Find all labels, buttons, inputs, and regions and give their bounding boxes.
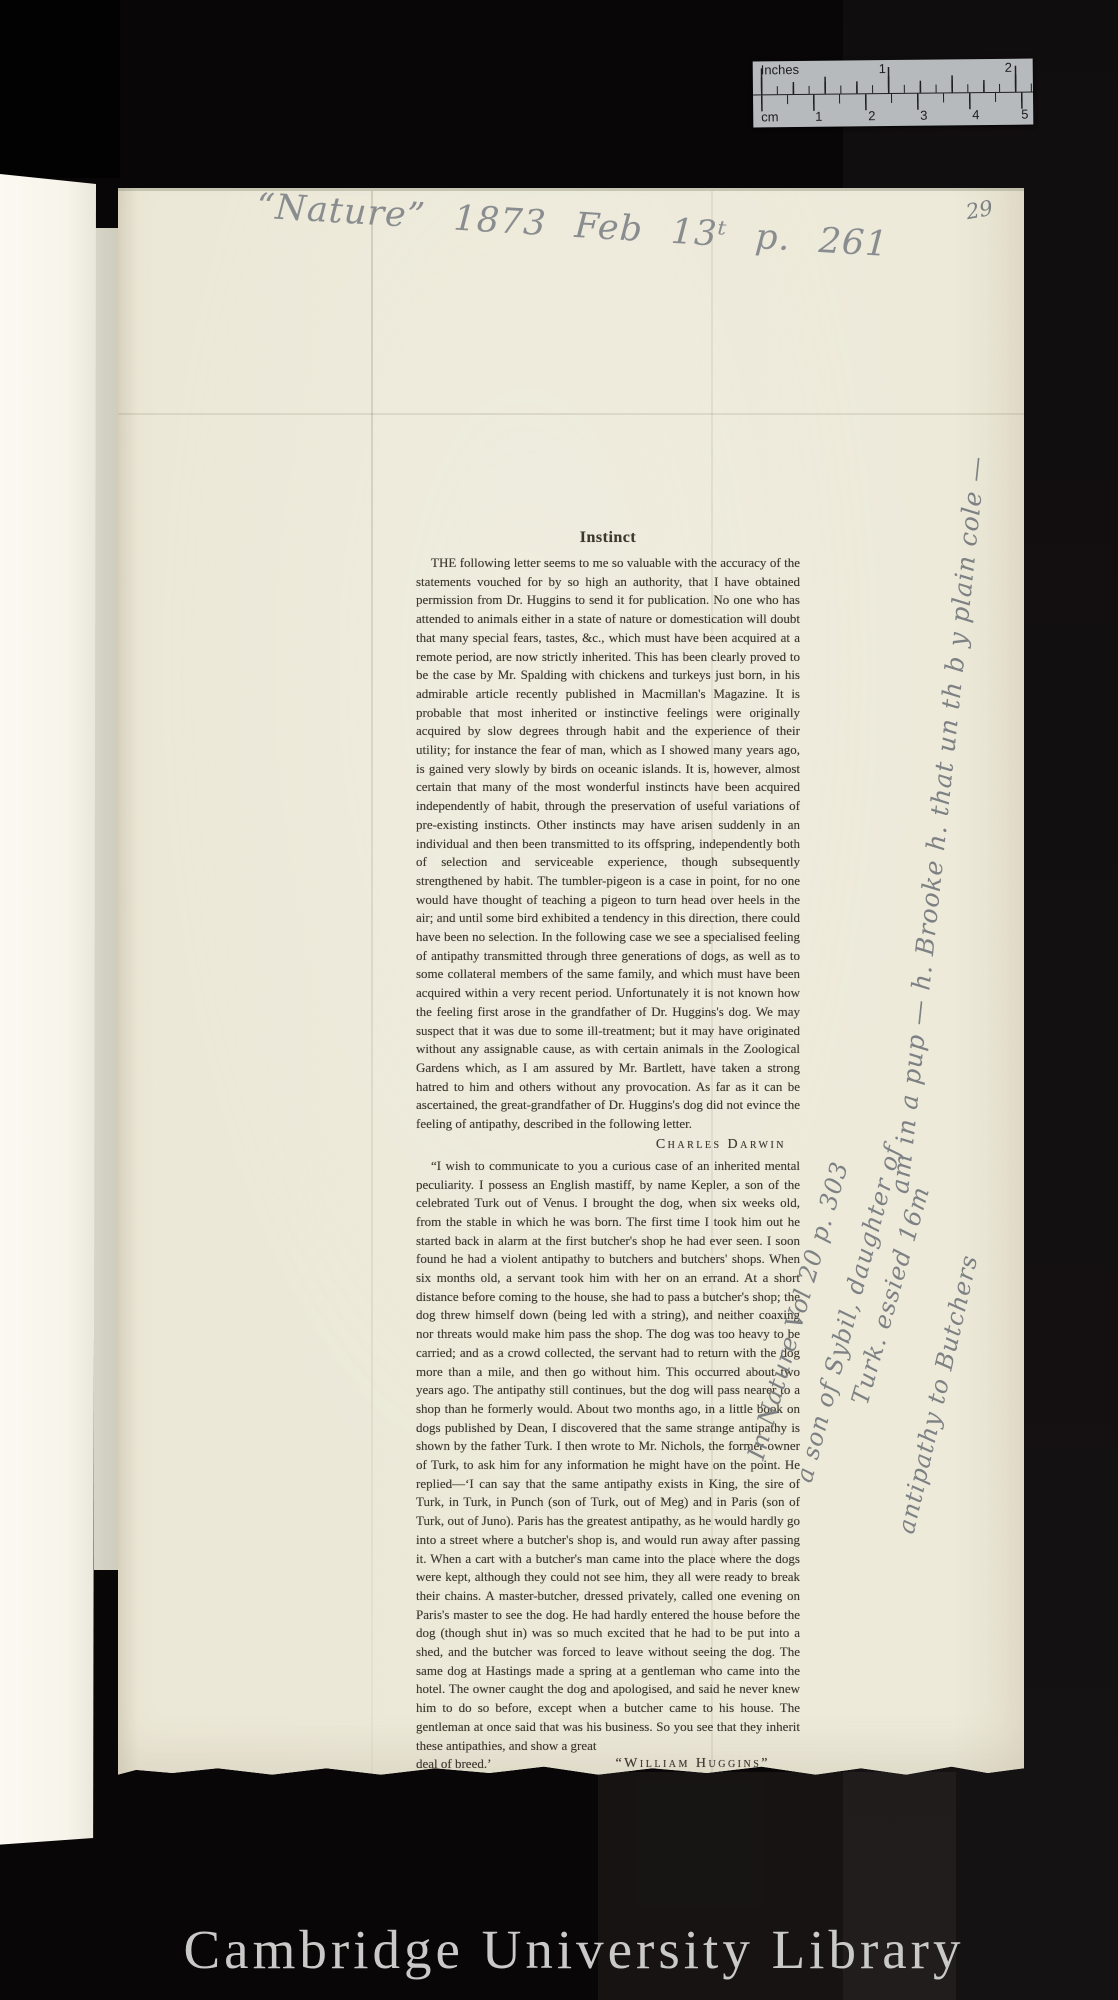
folio-number: 29: [964, 196, 994, 224]
ruler-cm-label: cm: [761, 109, 778, 124]
ruler-cm-mark-1: 1: [815, 109, 822, 124]
ruler-inch-mark-1: 1: [879, 61, 886, 76]
ruler-cm-mark-3: 3: [920, 108, 927, 123]
article-letter-paragraph: “I wish to communicate to you a curious …: [416, 1157, 800, 1756]
document-page: Instinct THE following letter seems to m…: [118, 188, 1024, 1781]
article-intro-paragraph: THE following letter seems to me so valu…: [416, 554, 800, 1134]
ruler-cm-mark-2: 2: [868, 108, 875, 123]
library-watermark: Cambridge University Library: [0, 1918, 1118, 1981]
library-scan-background: Inches 1 2 cm 1 2 3 4 5 Instinct THE fol…: [0, 0, 1118, 2000]
page-crease-vertical-1: [371, 191, 373, 1781]
signature-charles-darwin: Charles Darwin: [416, 1137, 800, 1153]
ruler-cm-scale: cm 1 2 3 4 5: [753, 92, 1033, 127]
ruler-cm-mark-4: 4: [972, 107, 979, 122]
printed-article: Instinct THE following letter seems to m…: [416, 529, 800, 1803]
letter-last-words: deal of breed.’: [416, 1755, 491, 1774]
ruler-inches-scale: Inches 1 2: [753, 59, 1033, 95]
measurement-ruler: Inches 1 2 cm 1 2 3 4 5: [753, 59, 1034, 128]
cloth-backdrop-topleft: [0, 0, 120, 178]
page-crease-horizontal: [118, 413, 1024, 415]
binding-hinge: [94, 228, 120, 1570]
ruler-cm-mark-5: 5: [1021, 107, 1028, 122]
article-title: Instinct: [416, 529, 800, 547]
ruler-inch-mark-2: 2: [1005, 60, 1012, 75]
facing-page-edge: [0, 174, 96, 1848]
ruler-inches-label: Inches: [761, 62, 799, 77]
